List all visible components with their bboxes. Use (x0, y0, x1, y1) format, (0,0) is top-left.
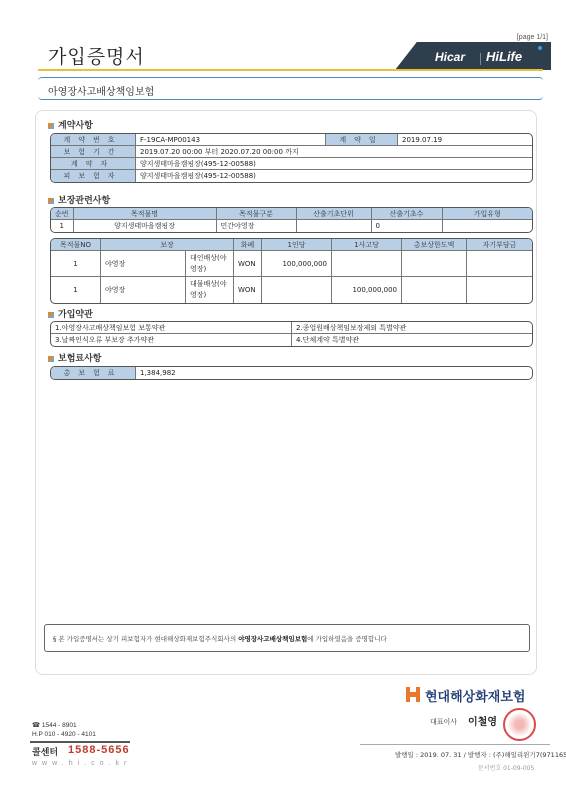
phone-number: ☎ 1544 - 8901 (32, 721, 77, 729)
cell: 대물배상(야영장) (186, 277, 234, 303)
cell: 야영장 (101, 277, 186, 303)
table-row: 3.날짜인식오류 부보장 추가약관 4.단체계약 특별약관 (51, 334, 532, 346)
value-total-premium: 1,384,982 (136, 367, 532, 379)
value-insured: 양지생태마을캠핑장(495-12-00588) (136, 170, 532, 182)
table-row: 1 양지생태마을캠핑장 민간야영장 0 (51, 220, 532, 232)
hilife-logo: HiLife (486, 49, 522, 64)
ceo-name: 이철영 (468, 713, 497, 728)
hyundai-h-logo-icon (406, 687, 420, 702)
company-seal-icon (503, 708, 536, 741)
document-title: 가입증명서 (48, 42, 145, 69)
term-item: 3.날짜인식오류 부보장 추가약관 (51, 334, 292, 346)
hicar-logo: Hicar (435, 50, 465, 64)
value-policyholder: 양지생태마을캠핑장(495-12-00588) (136, 158, 532, 170)
cell (297, 220, 372, 232)
contract-table: 계약번호 F-19CA-MP00143 계약일 2019.07.19 보험기간 … (50, 133, 533, 183)
cell: 1 (51, 277, 101, 303)
section-bullet-icon (48, 312, 54, 318)
website-link[interactable]: www.hi.co.kr (32, 760, 131, 767)
company-name: 현대해상화재보험 (425, 686, 525, 705)
table-row: 계약자 양지생태마을캠핑장(495-12-00588) (51, 158, 532, 170)
issue-info: 발행일 : 2019. 07. 31 / 발행자 : (주)해일리윈기7(971… (395, 750, 566, 759)
col-header: 화폐 (234, 239, 262, 251)
label-total-premium: 총보험료 (51, 367, 136, 379)
value-insurance-period: 2019.07.20 00:00 부터 2020.07.20 00:00 까지 (136, 146, 532, 158)
section-bullet-icon (48, 356, 54, 362)
table-row: 1 야영장 대물배상(야영장) WON 100,000,000 (51, 277, 532, 303)
product-name: 아영장사고배상책임보험 (48, 83, 154, 98)
col-header: 목적물NO (51, 239, 101, 251)
callcenter-label: 콜센터 (32, 745, 58, 758)
label-contract-date: 계약일 (326, 134, 398, 146)
term-item: 2.종업원배상책임보장제외 특별약관 (292, 322, 532, 334)
cell: 민간야영장 (217, 220, 297, 232)
table-row: 보험기간 2019.07.20 00:00 부터 2020.07.20 00:0… (51, 146, 532, 158)
product-bar: 아영장사고배상책임보험 (38, 77, 543, 100)
table-row: 계약번호 F-19CA-MP00143 계약일 2019.07.19 (51, 134, 532, 146)
cell: 100,000,000 (332, 277, 402, 303)
cell: WON (234, 277, 262, 303)
cell (402, 251, 467, 277)
section-title-contract: 계약사항 (48, 118, 93, 131)
col-header: 산출기초단위 (297, 208, 372, 220)
col-header: 보장 (101, 239, 234, 251)
cell (467, 251, 532, 277)
label-insured: 피보험자 (51, 170, 136, 182)
col-header: 자기부담금 (467, 239, 532, 251)
table-row: 피보험자 양지생태마을캠핑장(495-12-00588) (51, 170, 532, 182)
cell: 0 (372, 220, 443, 232)
mobile-number: H.P 010 - 4920 - 4101 (32, 731, 96, 738)
section-title-terms: 가입약관 (48, 307, 93, 320)
cell: 1 (51, 251, 101, 277)
col-header: 목적물구분 (217, 208, 297, 220)
page-indicator: [page 1/1] (517, 34, 548, 41)
cell (402, 277, 467, 303)
table-row: 총보험료 1,384,982 (51, 367, 532, 379)
col-header: 가입유형 (443, 208, 532, 220)
col-header: 1사고당 (332, 239, 402, 251)
premium-table: 총보험료 1,384,982 (50, 366, 533, 380)
brand-divider (480, 53, 481, 65)
cell: WON (234, 251, 262, 277)
callcenter-number: 1588-5656 (68, 744, 130, 756)
table-row: 1.야영장사고배상책임보험 보통약관 2.종업원배상책임보장제외 특별약관 (51, 322, 532, 334)
cell: 양지생태마을캠핑장 (74, 220, 217, 232)
issue-divider (360, 744, 550, 745)
ceo-title: 대표이사 (430, 717, 457, 727)
contact-divider (30, 741, 130, 743)
cell: 야영장 (101, 251, 186, 277)
table-header-row: 순번 목적물명 목적물구분 산출기초단위 산출기초수 가입유형 (51, 208, 532, 220)
cell: 1 (51, 220, 74, 232)
table-header-row: 목적물NO 보장 화폐 1인당 1사고당 총보상한도액 자기부담금 (51, 239, 532, 251)
notice-prefix: § 본 가입증명서는 상기 피보험자가 현대해상화재보험주식회사의 (53, 635, 238, 643)
value-contract-date: 2019.07.19 (398, 134, 532, 146)
col-header: 산출기초수 (372, 208, 443, 220)
object-table: 순번 목적물명 목적물구분 산출기초단위 산출기초수 가입유형 1 양지생태마을… (50, 207, 533, 233)
section-title-premium: 보험료사항 (48, 351, 101, 364)
value-contract-number: F-19CA-MP00143 (136, 134, 326, 146)
term-item: 1.야영장사고배상책임보험 보통약관 (51, 322, 292, 334)
content-frame (35, 110, 537, 675)
section-bullet-icon (48, 123, 54, 129)
document-number: 문서번호 01-09-005 (478, 763, 534, 772)
label-contract-number: 계약번호 (51, 134, 136, 146)
cell (443, 220, 532, 232)
col-header: 목적물명 (74, 208, 217, 220)
cell (332, 251, 402, 277)
cell (467, 277, 532, 303)
cell (262, 277, 332, 303)
label-policyholder: 계약자 (51, 158, 136, 170)
label-insurance-period: 보험기간 (51, 146, 136, 158)
brand-banner (395, 42, 551, 70)
hilife-dot-icon (538, 46, 542, 50)
table-row: 1 야영장 대인배상(야영장) WON 100,000,000 (51, 251, 532, 277)
benefit-table: 목적물NO 보장 화폐 1인당 1사고당 총보상한도액 자기부담금 1 야영장 … (50, 238, 533, 304)
cell: 대인배상(야영장) (186, 251, 234, 277)
title-underline (38, 69, 543, 71)
col-header: 총보상한도액 (402, 239, 467, 251)
notice-product: 야영장사고배상책임보험 (238, 635, 307, 643)
col-header: 1인당 (262, 239, 332, 251)
notice-suffix: 에 가입하였음을 증명합니다 (307, 635, 386, 643)
term-item: 4.단체계약 특별약관 (292, 334, 532, 346)
section-bullet-icon (48, 198, 54, 204)
section-title-coverage: 보장관련사항 (48, 193, 110, 206)
cell: 100,000,000 (262, 251, 332, 277)
certification-notice: § 본 가입증명서는 상기 피보험자가 현대해상화재보험주식회사의 야영장사고배… (44, 624, 530, 652)
col-header: 순번 (51, 208, 74, 220)
terms-table: 1.야영장사고배상책임보험 보통약관 2.종업원배상책임보장제외 특별약관 3.… (50, 321, 533, 347)
